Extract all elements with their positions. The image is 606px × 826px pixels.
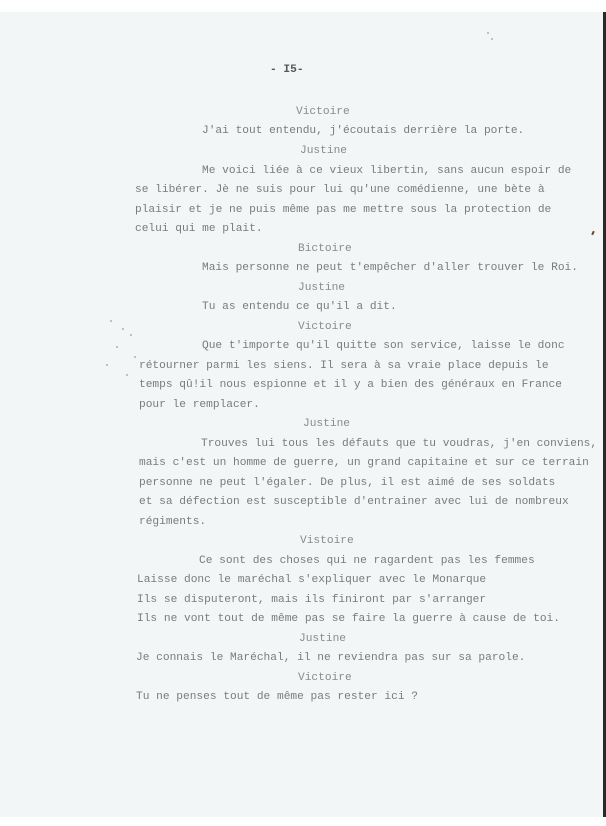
dialogue-line: Me voici liée à ce vieux libertin, sans … [202,165,571,177]
paper-speck [130,334,132,336]
paper-speck [122,328,124,330]
dialogue-line: Ils ne vont tout de même pas se faire la… [137,613,560,625]
paper-speck [106,364,108,366]
speaker-name: Victoire [298,321,352,333]
dialogue-line: celui qui me plait. [135,223,263,235]
speaker-name: Bictoire [298,243,352,255]
dialogue-line: Ce sont des choses qui ne ragardent pas … [199,555,535,567]
dialogue-line: Mais personne ne peut t'empêcher d'aller… [202,262,578,274]
page-number: - I5- [270,64,304,76]
dialogue-line: pour le remplacer. [139,399,260,411]
paper-speck [110,320,112,322]
dialogue-line: Je connais le Maréchal, il ne reviendra … [136,652,525,664]
dialogue-line: rétourner parmi les siens. Il sera à sa … [139,360,549,372]
dialogue-line: Tu ne penses tout de même pas rester ici… [136,691,418,703]
dialogue-line: personne ne peut l'égaler. De plus, il e… [139,477,555,489]
speaker-name: Justine [303,418,350,430]
speaker-name: Justine [299,633,346,645]
dialogue-line: Trouves lui tous les défauts que tu voud… [201,438,597,450]
dialogue-line: plaisir et je ne puis même pas me mettre… [135,204,551,216]
paper-speck [134,356,136,358]
speaker-name: Vistoire [300,535,354,547]
paper-speck [116,346,118,348]
ink-mark [591,231,595,235]
dialogue-line: se libérer. Jè ne suis pour lui qu'une c… [135,184,545,196]
speaker-name: Justine [300,145,347,157]
paper-speck [126,374,128,376]
paper-speck [487,32,489,34]
dialogue-line: temps qû!il nous espionne et il y a bien… [139,379,562,391]
dialogue-line: et sa défection est susceptible d'entrai… [139,496,569,508]
paper-speck [491,38,493,40]
speaker-name: Victoire [296,106,350,118]
speaker-name: Victoire [298,672,352,684]
dialogue-line: Tu as entendu ce qu'il a dit. [202,301,397,313]
speaker-name: Justine [298,282,345,294]
dialogue-line: régiments. [139,516,206,528]
dialogue-line: Ils se disputeront, mais ils finiront pa… [137,594,486,606]
dialogue-line: Laisse donc le maréchal s'expliquer avec… [137,574,486,586]
dialogue-line: J'ai tout entendu, j'écoutais derrière l… [202,125,524,137]
typewritten-page: - I5- Victoire J'ai tout entendu, j'écou… [0,12,606,817]
dialogue-line: Que t'importe qu'il quitte son service, … [202,340,565,352]
dialogue-line: mais c'est un homme de guerre, un grand … [139,457,589,469]
